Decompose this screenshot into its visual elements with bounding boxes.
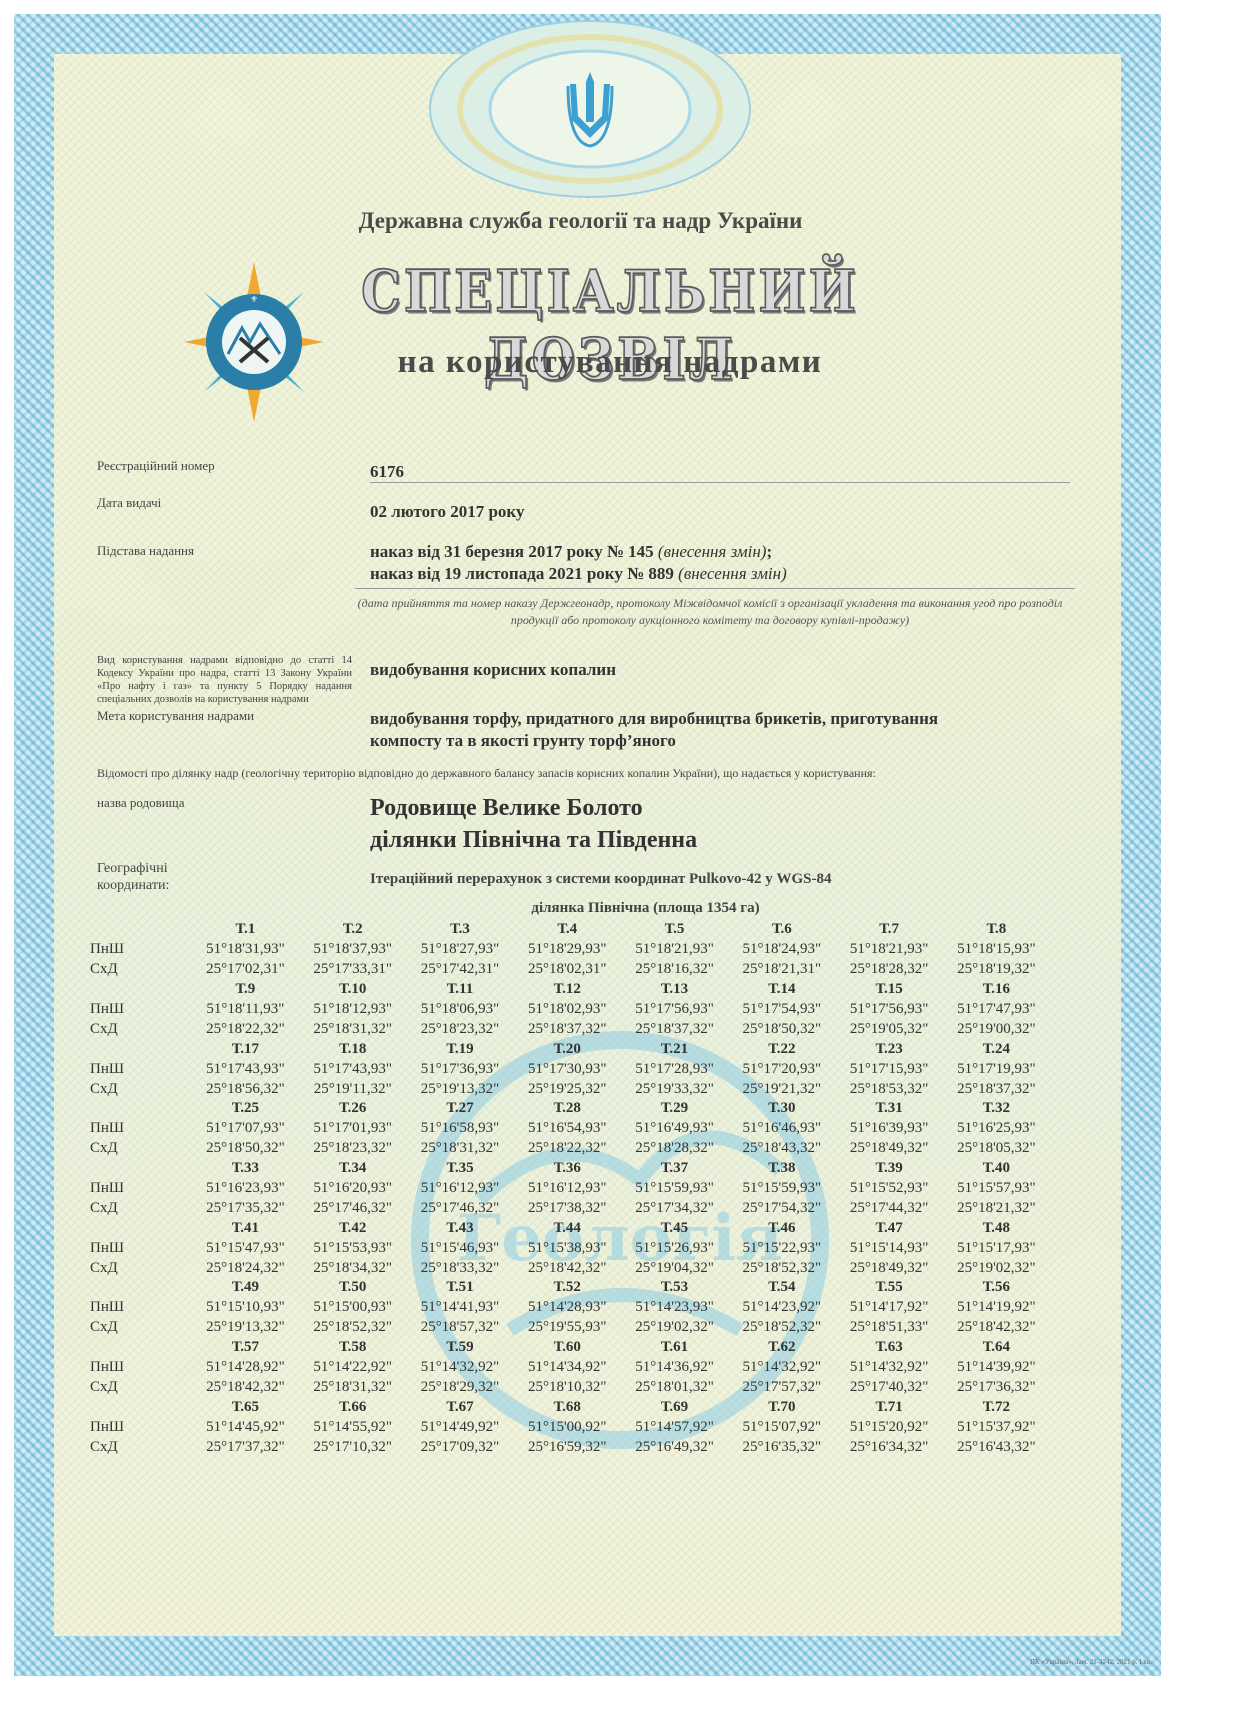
point-id: Т.26: [299, 1100, 406, 1117]
point-id: Т.12: [514, 981, 621, 998]
point-id: Т.37: [621, 1160, 728, 1177]
latitude-cell: 51°18'06,93": [406, 1001, 513, 1018]
point-id: Т.43: [406, 1220, 513, 1237]
point-id: Т.8: [943, 921, 1050, 938]
point-id: Т.40: [943, 1160, 1050, 1177]
point-header-row: Т.9Т.10Т.11Т.12Т.13Т.14Т.15Т.16: [90, 980, 1050, 1000]
point-id: Т.29: [621, 1100, 728, 1117]
svg-text:⚜: ⚜: [250, 295, 258, 305]
row-label: СхД: [90, 1200, 192, 1217]
latitude-cell: 51°16'46,93": [728, 1120, 835, 1137]
longitude-cell: 25°19'02,32": [621, 1319, 728, 1336]
row-label: СхД: [90, 1319, 192, 1336]
row-label: ПнШ: [90, 1180, 192, 1197]
longitude-cell: 25°18'42,32": [192, 1379, 299, 1396]
point-id: Т.66: [299, 1399, 406, 1416]
point-header-row: Т.33Т.34Т.35Т.36Т.37Т.38Т.39Т.40: [90, 1159, 1050, 1179]
latitude-cell: 51°14'36,92": [621, 1359, 728, 1376]
divider: [370, 482, 1070, 483]
grounds-line-2: наказ від 19 листопада 2021 року № 889 (…: [370, 564, 787, 584]
latitude-cell: 51°16'49,93": [621, 1120, 728, 1137]
latitude-cell: 51°17'36,93": [406, 1061, 513, 1078]
row-label: ПнШ: [90, 1061, 192, 1078]
point-header-row: Т.17Т.18Т.19Т.20Т.21Т.22Т.23Т.24: [90, 1039, 1050, 1059]
row-label: ПнШ: [90, 1299, 192, 1316]
use-type-label: Вид користування надрами відповідно до с…: [97, 654, 352, 706]
latitude-cell: 51°14'41,93": [406, 1299, 513, 1316]
longitude-cell: 25°17'40,32": [835, 1379, 942, 1396]
latitude-cell: 51°15'22,93": [728, 1240, 835, 1257]
longitude-cell: 25°17'36,32": [943, 1379, 1050, 1396]
longitude-cell: 25°18'37,32": [621, 1021, 728, 1038]
row-label: СхД: [90, 1379, 192, 1396]
grounds-label: Підстава надання: [97, 543, 194, 559]
point-id: Т.20: [514, 1041, 621, 1058]
point-header-row: Т.49Т.50Т.51Т.52Т.53Т.54Т.55Т.56: [90, 1278, 1050, 1298]
latitude-cell: 51°18'12,93": [299, 1001, 406, 1018]
latitude-cell: 51°14'55,92": [299, 1419, 406, 1436]
latitude-cell: 51°14'57,92": [621, 1419, 728, 1436]
longitude-cell: 25°18'31,32": [299, 1021, 406, 1038]
row-label: ПнШ: [90, 1240, 192, 1257]
deposit-name-line-2: ділянки Північна та Південна: [370, 824, 697, 856]
purpose-label: Мета користування надрами: [97, 708, 254, 724]
point-id: Т.50: [299, 1279, 406, 1296]
latitude-row: ПнШ51°17'43,93"51°17'43,93"51°17'36,93"5…: [90, 1059, 1050, 1079]
point-id: Т.46: [728, 1220, 835, 1237]
longitude-cell: 25°18'31,32": [299, 1379, 406, 1396]
latitude-cell: 51°15'10,93": [192, 1299, 299, 1316]
point-id: Т.41: [192, 1220, 299, 1237]
latitude-cell: 51°18'31,93": [192, 941, 299, 958]
latitude-cell: 51°17'47,93": [943, 1001, 1050, 1018]
point-id: Т.61: [621, 1339, 728, 1356]
latitude-cell: 51°16'20,93": [299, 1180, 406, 1197]
latitude-cell: 51°17'20,93": [728, 1061, 835, 1078]
latitude-row: ПнШ51°18'31,93"51°18'37,93"51°18'27,93"5…: [90, 940, 1050, 960]
longitude-cell: 25°18'28,32": [621, 1140, 728, 1157]
deposit-name-line-1: Родовище Велике Болото: [370, 792, 697, 824]
latitude-cell: 51°18'15,93": [943, 941, 1050, 958]
coat-of-arms-rosette: [420, 14, 760, 204]
point-id: Т.13: [621, 981, 728, 998]
latitude-cell: 51°14'17,92": [835, 1299, 942, 1316]
longitude-cell: 25°16'59,32": [514, 1439, 621, 1456]
row-label: ПнШ: [90, 1359, 192, 1376]
point-id: Т.35: [406, 1160, 513, 1177]
latitude-cell: 51°14'39,92": [943, 1359, 1050, 1376]
divider: [355, 588, 1075, 589]
row-label: ПнШ: [90, 1001, 192, 1018]
longitude-cell: 25°17'46,32": [406, 1200, 513, 1217]
latitude-cell: 51°14'23,92": [728, 1299, 835, 1316]
point-id: Т.3: [406, 921, 513, 938]
longitude-cell: 25°18'50,32": [192, 1140, 299, 1157]
latitude-row: ПнШ51°17'07,93"51°17'01,93"51°16'58,93"5…: [90, 1119, 1050, 1139]
latitude-cell: 51°16'39,93": [835, 1120, 942, 1137]
point-id: Т.62: [728, 1339, 835, 1356]
printer-footer: ПК «Україна». Зам. 21-3242. 2021 р. І кв…: [1030, 1658, 1152, 1666]
latitude-cell: 51°14'28,93": [514, 1299, 621, 1316]
document-subtitle: на користування надрами: [290, 344, 930, 381]
point-id: Т.44: [514, 1220, 621, 1237]
point-id: Т.17: [192, 1041, 299, 1058]
point-id: Т.11: [406, 981, 513, 998]
longitude-cell: 25°18'57,32": [406, 1319, 513, 1336]
longitude-cell: 25°17'57,32": [728, 1379, 835, 1396]
latitude-cell: 51°18'24,93": [728, 941, 835, 958]
longitude-cell: 25°18'01,32": [621, 1379, 728, 1396]
longitude-cell: 25°18'02,31": [514, 961, 621, 978]
deposit-label: назва родовища: [97, 795, 184, 811]
longitude-cell: 25°18'42,32": [943, 1319, 1050, 1336]
latitude-cell: 51°15'46,93": [406, 1240, 513, 1257]
longitude-cell: 25°18'28,32": [835, 961, 942, 978]
latitude-row: ПнШ51°14'28,92"51°14'22,92"51°14'32,92"5…: [90, 1358, 1050, 1378]
latitude-row: ПнШ51°15'47,93"51°15'53,93"51°15'46,93"5…: [90, 1238, 1050, 1258]
point-id: Т.32: [943, 1100, 1050, 1117]
point-id: Т.27: [406, 1100, 513, 1117]
point-id: Т.16: [943, 981, 1050, 998]
latitude-cell: 51°15'00,93": [299, 1299, 406, 1316]
point-id: Т.1: [192, 921, 299, 938]
point-id: Т.69: [621, 1399, 728, 1416]
longitude-cell: 25°16'43,32": [943, 1439, 1050, 1456]
latitude-cell: 51°16'23,93": [192, 1180, 299, 1197]
latitude-cell: 51°17'43,93": [299, 1061, 406, 1078]
longitude-cell: 25°18'43,32": [728, 1140, 835, 1157]
latitude-cell: 51°18'02,93": [514, 1001, 621, 1018]
latitude-cell: 51°15'53,93": [299, 1240, 406, 1257]
row-label: ПнШ: [90, 1419, 192, 1436]
point-id: Т.60: [514, 1339, 621, 1356]
latitude-cell: 51°17'56,93": [835, 1001, 942, 1018]
point-id: Т.55: [835, 1279, 942, 1296]
point-id: Т.71: [835, 1399, 942, 1416]
latitude-row: ПнШ51°15'10,93"51°15'00,93"51°14'41,93"5…: [90, 1298, 1050, 1318]
longitude-cell: 25°17'37,32": [192, 1439, 299, 1456]
longitude-cell: 25°17'34,32": [621, 1200, 728, 1217]
latitude-cell: 51°18'27,93": [406, 941, 513, 958]
point-id: Т.24: [943, 1041, 1050, 1058]
latitude-cell: 51°14'45,92": [192, 1419, 299, 1436]
longitude-cell: 25°18'52,32": [299, 1319, 406, 1336]
point-id: Т.53: [621, 1279, 728, 1296]
latitude-cell: 51°15'38,93": [514, 1240, 621, 1257]
longitude-row: СхД25°18'22,32"25°18'31,32"25°18'23,32"2…: [90, 1019, 1050, 1039]
longitude-row: СхД25°19'13,32"25°18'52,32"25°18'57,32"2…: [90, 1318, 1050, 1338]
latitude-row: ПнШ51°16'23,93"51°16'20,93"51°16'12,93"5…: [90, 1179, 1050, 1199]
point-id: Т.18: [299, 1041, 406, 1058]
longitude-cell: 25°18'22,32": [192, 1021, 299, 1038]
site-info-text: Відомості про ділянку надр (геологічну т…: [97, 766, 876, 781]
point-id: Т.6: [728, 921, 835, 938]
latitude-cell: 51°15'59,93": [621, 1180, 728, 1197]
point-id: Т.7: [835, 921, 942, 938]
latitude-cell: 51°16'58,93": [406, 1120, 513, 1137]
point-id: Т.14: [728, 981, 835, 998]
longitude-cell: 25°18'56,32": [192, 1081, 299, 1098]
point-id: Т.54: [728, 1279, 835, 1296]
latitude-cell: 51°18'21,93": [621, 941, 728, 958]
latitude-cell: 51°17'54,93": [728, 1001, 835, 1018]
point-id: Т.33: [192, 1160, 299, 1177]
grounds-line-1: наказ від 31 березня 2017 року № 145 (вн…: [370, 542, 772, 562]
issuing-agency: Державна служба геології та надр України: [0, 208, 1161, 234]
point-id: Т.38: [728, 1160, 835, 1177]
latitude-cell: 51°15'37,92": [943, 1419, 1050, 1436]
latitude-cell: 51°17'28,93": [621, 1061, 728, 1078]
latitude-cell: 51°15'17,93": [943, 1240, 1050, 1257]
latitude-cell: 51°17'19,93": [943, 1061, 1050, 1078]
latitude-cell: 51°15'20,92": [835, 1419, 942, 1436]
longitude-row: СхД25°17'37,32"25°17'10,32"25°17'09,32"2…: [90, 1437, 1050, 1457]
longitude-cell: 25°18'53,32": [835, 1081, 942, 1098]
longitude-cell: 25°16'49,32": [621, 1439, 728, 1456]
point-id: Т.58: [299, 1339, 406, 1356]
longitude-row: СхД25°18'42,32"25°18'31,32"25°18'29,32"2…: [90, 1377, 1050, 1397]
latitude-cell: 51°17'01,93": [299, 1120, 406, 1137]
latitude-cell: 51°16'12,93": [514, 1180, 621, 1197]
longitude-cell: 25°18'34,32": [299, 1260, 406, 1277]
row-label: СхД: [90, 1260, 192, 1277]
reg-number-label: Реєстраційний номер: [97, 458, 215, 474]
longitude-cell: 25°18'22,32": [514, 1140, 621, 1157]
latitude-cell: 51°17'30,93": [514, 1061, 621, 1078]
longitude-cell: 25°18'05,32": [943, 1140, 1050, 1157]
point-id: Т.68: [514, 1399, 621, 1416]
latitude-cell: 51°14'19,92": [943, 1299, 1050, 1316]
longitude-cell: 25°19'04,32": [621, 1260, 728, 1277]
point-id: Т.51: [406, 1279, 513, 1296]
point-id: Т.59: [406, 1339, 513, 1356]
point-header-row: Т.65Т.66Т.67Т.68Т.69Т.70Т.71Т.72: [90, 1397, 1050, 1417]
longitude-cell: 25°18'49,32": [835, 1260, 942, 1277]
point-id: Т.9: [192, 981, 299, 998]
purpose-value-line-2: компосту та в якості грунту торф’яного: [370, 731, 676, 751]
longitude-cell: 25°18'10,32": [514, 1379, 621, 1396]
longitude-cell: 25°19'33,32": [621, 1081, 728, 1098]
longitude-row: СхД25°17'02,31"25°17'33,31"25°17'42,31"2…: [90, 960, 1050, 980]
latitude-cell: 51°14'34,92": [514, 1359, 621, 1376]
longitude-cell: 25°17'09,32": [406, 1439, 513, 1456]
longitude-cell: 25°19'25,32": [514, 1081, 621, 1098]
point-id: Т.52: [514, 1279, 621, 1296]
point-id: Т.70: [728, 1399, 835, 1416]
point-id: Т.48: [943, 1220, 1050, 1237]
latitude-cell: 51°15'14,93": [835, 1240, 942, 1257]
longitude-cell: 25°19'13,32": [192, 1319, 299, 1336]
point-id: Т.39: [835, 1160, 942, 1177]
latitude-cell: 51°16'54,93": [514, 1120, 621, 1137]
longitude-cell: 25°18'31,32": [406, 1140, 513, 1157]
point-id: Т.45: [621, 1220, 728, 1237]
longitude-cell: 25°18'51,33": [835, 1319, 942, 1336]
longitude-cell: 25°19'11,32": [299, 1081, 406, 1098]
longitude-row: СхД25°18'24,32"25°18'34,32"25°18'33,32"2…: [90, 1258, 1050, 1278]
longitude-cell: 25°18'24,32": [192, 1260, 299, 1277]
point-id: Т.72: [943, 1399, 1050, 1416]
point-id: Т.25: [192, 1100, 299, 1117]
longitude-row: СхД25°18'50,32"25°18'23,32"25°18'31,32"2…: [90, 1139, 1050, 1159]
point-id: Т.28: [514, 1100, 621, 1117]
longitude-cell: 25°19'21,32": [728, 1081, 835, 1098]
longitude-cell: 25°18'16,32": [621, 961, 728, 978]
row-label: СхД: [90, 1140, 192, 1157]
longitude-cell: 25°18'49,32": [835, 1140, 942, 1157]
latitude-row: ПнШ51°18'11,93"51°18'12,93"51°18'06,93"5…: [90, 1000, 1050, 1020]
point-id: Т.57: [192, 1339, 299, 1356]
point-id: Т.47: [835, 1220, 942, 1237]
point-header-row: Т.41Т.42Т.43Т.44Т.45Т.46Т.47Т.48: [90, 1218, 1050, 1238]
point-id: Т.2: [299, 921, 406, 938]
latitude-cell: 51°15'07,92": [728, 1419, 835, 1436]
issue-date-label: Дата видачі: [97, 495, 161, 511]
longitude-cell: 25°18'37,32": [514, 1021, 621, 1038]
latitude-cell: 51°15'26,93": [621, 1240, 728, 1257]
latitude-cell: 51°14'49,92": [406, 1419, 513, 1436]
point-id: Т.19: [406, 1041, 513, 1058]
grounds-caption: (дата прийняття та номер наказу Держгеон…: [340, 595, 1080, 629]
latitude-cell: 51°14'23,93": [621, 1299, 728, 1316]
longitude-cell: 25°17'02,31": [192, 961, 299, 978]
longitude-cell: 25°18'52,32": [728, 1260, 835, 1277]
latitude-cell: 51°16'25,93": [943, 1120, 1050, 1137]
longitude-row: СхД25°18'56,32"25°19'11,32"25°19'13,32"2…: [90, 1079, 1050, 1099]
point-id: Т.63: [835, 1339, 942, 1356]
row-label: СхД: [90, 1021, 192, 1038]
point-header-row: Т.1Т.2Т.3Т.4Т.5Т.6Т.7Т.8: [90, 920, 1050, 940]
longitude-cell: 25°18'42,32": [514, 1260, 621, 1277]
latitude-cell: 51°17'07,93": [192, 1120, 299, 1137]
point-id: Т.49: [192, 1279, 299, 1296]
longitude-cell: 25°19'13,32": [406, 1081, 513, 1098]
use-type-value: видобування корисних копалин: [370, 660, 616, 680]
latitude-cell: 51°18'21,93": [835, 941, 942, 958]
latitude-cell: 51°15'47,93": [192, 1240, 299, 1257]
latitude-cell: 51°14'32,92": [728, 1359, 835, 1376]
latitude-cell: 51°15'00,92": [514, 1419, 621, 1436]
purpose-value-line-1: видобування торфу, придатного для виробн…: [370, 709, 938, 729]
latitude-cell: 51°14'32,92": [406, 1359, 513, 1376]
row-label: ПнШ: [90, 941, 192, 958]
longitude-cell: 25°18'21,31": [728, 961, 835, 978]
coordinates-table: Т.1Т.2Т.3Т.4Т.5Т.6Т.7Т.8ПнШ51°18'31,93"5…: [90, 920, 1050, 1457]
point-id: Т.31: [835, 1100, 942, 1117]
latitude-cell: 51°18'11,93": [192, 1001, 299, 1018]
geo-coordinates-label: Географічні координати:: [97, 860, 169, 894]
latitude-cell: 51°15'59,93": [728, 1180, 835, 1197]
longitude-cell: 25°18'19,32": [943, 961, 1050, 978]
point-id: Т.30: [728, 1100, 835, 1117]
latitude-cell: 51°15'57,93": [943, 1180, 1050, 1197]
longitude-cell: 25°17'54,32": [728, 1200, 835, 1217]
latitude-cell: 51°18'37,93": [299, 941, 406, 958]
point-id: Т.22: [728, 1041, 835, 1058]
longitude-cell: 25°18'29,32": [406, 1379, 513, 1396]
latitude-cell: 51°15'52,93": [835, 1180, 942, 1197]
point-header-row: Т.57Т.58Т.59Т.60Т.61Т.62Т.63Т.64: [90, 1338, 1050, 1358]
longitude-cell: 25°19'02,32": [943, 1260, 1050, 1277]
deposit-name: Родовище Велике Болото ділянки Північна …: [370, 792, 697, 856]
point-id: Т.4: [514, 921, 621, 938]
section-title: ділянка Північна (площа 1354 га): [0, 900, 1161, 917]
longitude-cell: 25°18'23,32": [299, 1140, 406, 1157]
point-id: Т.65: [192, 1399, 299, 1416]
longitude-cell: 25°18'52,32": [728, 1319, 835, 1336]
longitude-cell: 25°19'00,32": [943, 1021, 1050, 1038]
longitude-cell: 25°17'46,32": [299, 1200, 406, 1217]
latitude-cell: 51°14'28,92": [192, 1359, 299, 1376]
longitude-cell: 25°17'10,32": [299, 1439, 406, 1456]
point-id: Т.64: [943, 1339, 1050, 1356]
point-id: Т.34: [299, 1160, 406, 1177]
longitude-cell: 25°18'33,32": [406, 1260, 513, 1277]
longitude-cell: 25°18'50,32": [728, 1021, 835, 1038]
longitude-cell: 25°18'21,32": [943, 1200, 1050, 1217]
longitude-cell: 25°17'35,32": [192, 1200, 299, 1217]
point-id: Т.42: [299, 1220, 406, 1237]
latitude-cell: 51°17'56,93": [621, 1001, 728, 1018]
longitude-cell: 25°18'23,32": [406, 1021, 513, 1038]
longitude-cell: 25°17'38,32": [514, 1200, 621, 1217]
latitude-cell: 51°16'12,93": [406, 1180, 513, 1197]
latitude-cell: 51°17'15,93": [835, 1061, 942, 1078]
longitude-cell: 25°17'33,31": [299, 961, 406, 978]
point-id: Т.36: [514, 1160, 621, 1177]
reg-number-value: 6176: [370, 462, 404, 482]
row-label: СхД: [90, 1439, 192, 1456]
longitude-cell: 25°16'34,32": [835, 1439, 942, 1456]
latitude-cell: 51°17'43,93": [192, 1061, 299, 1078]
issue-date-value: 02 лютого 2017 року: [370, 502, 525, 522]
longitude-cell: 25°19'55,93": [514, 1319, 621, 1336]
coordinate-system-note: Ітераційний перерахунок з системи коорди…: [370, 871, 832, 888]
point-id: Т.5: [621, 921, 728, 938]
longitude-cell: 25°19'05,32": [835, 1021, 942, 1038]
latitude-cell: 51°18'29,93": [514, 941, 621, 958]
latitude-row: ПнШ51°14'45,92"51°14'55,92"51°14'49,92"5…: [90, 1417, 1050, 1437]
point-id: Т.23: [835, 1041, 942, 1058]
latitude-cell: 51°14'22,92": [299, 1359, 406, 1376]
longitude-cell: 25°18'37,32": [943, 1081, 1050, 1098]
longitude-cell: 25°16'35,32": [728, 1439, 835, 1456]
point-header-row: Т.25Т.26Т.27Т.28Т.29Т.30Т.31Т.32: [90, 1099, 1050, 1119]
point-id: Т.21: [621, 1041, 728, 1058]
longitude-row: СхД25°17'35,32"25°17'46,32"25°17'46,32"2…: [90, 1198, 1050, 1218]
latitude-cell: 51°14'32,92": [835, 1359, 942, 1376]
longitude-cell: 25°17'44,32": [835, 1200, 942, 1217]
row-label: ПнШ: [90, 1120, 192, 1137]
point-id: Т.10: [299, 981, 406, 998]
point-id: Т.15: [835, 981, 942, 998]
point-id: Т.56: [943, 1279, 1050, 1296]
point-id: Т.67: [406, 1399, 513, 1416]
row-label: СхД: [90, 961, 192, 978]
row-label: СхД: [90, 1081, 192, 1098]
longitude-cell: 25°17'42,31": [406, 961, 513, 978]
